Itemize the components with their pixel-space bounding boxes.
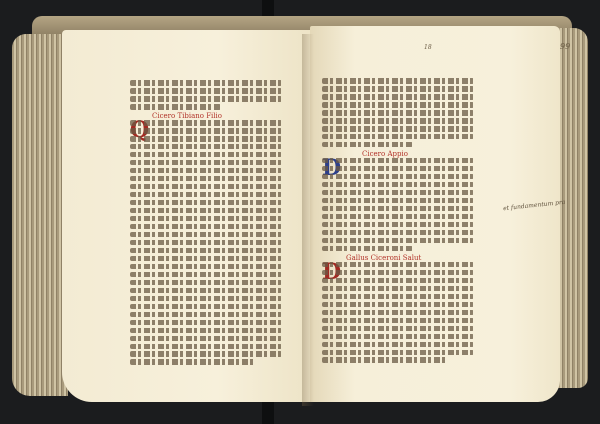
top-mark: 18 bbox=[424, 44, 432, 51]
rubric-heading: Cicero Appio bbox=[322, 150, 474, 158]
gutter-shadow bbox=[302, 34, 322, 406]
rubric-heading: Cicero Tibiano Filio bbox=[130, 112, 282, 120]
right-page-edges bbox=[558, 28, 588, 388]
manuscript-book bbox=[10, 14, 592, 412]
right-text-column: Cicero Appio D Gallus Ciceroni Salut D bbox=[322, 78, 474, 365]
left-text-column: Cicero Tibiano Filio Q bbox=[130, 80, 282, 367]
left-page-edges bbox=[12, 34, 68, 396]
rubric-heading: Gallus Ciceroni Salut bbox=[322, 254, 474, 262]
folio-number: 99 bbox=[560, 42, 570, 51]
